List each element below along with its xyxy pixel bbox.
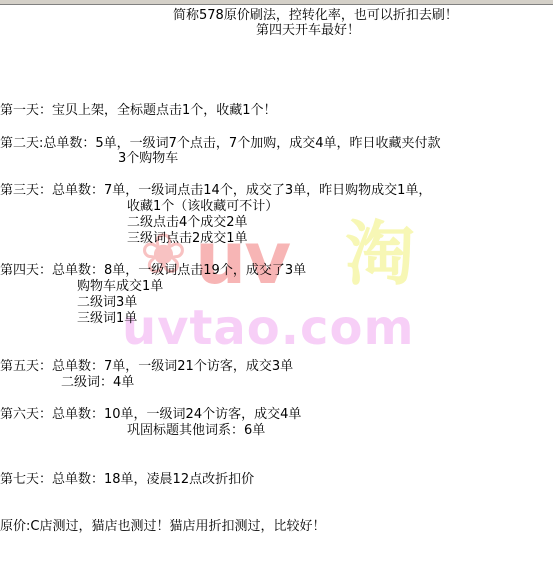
day4-line-1: 第四天：总单数：8单，一级词点击19个，成交了3单: [0, 263, 306, 278]
footer-note: 原价:C店测过，猫店也测过！猫店用折扣测过，比较好！: [0, 519, 325, 534]
watermark-tao: 淘: [345, 218, 415, 290]
day6-line-1: 第六天：总单数：10单，一级词24个访客，成交4单: [0, 407, 301, 422]
day4-line-4: 三级词1单: [77, 311, 137, 326]
day2-line-2: 3个购物车: [118, 151, 178, 166]
day3-line-4: 三级词点击2成交1单: [127, 231, 248, 246]
header-line-2: 第四天开车最好！: [256, 23, 360, 38]
window-top-border: [0, 0, 553, 5]
watermark-domain: uvtao.com: [122, 300, 414, 356]
day6-line-2: 巩固标题其他词系：6单: [127, 423, 265, 438]
header-line-1: 简称578原价刷法，控转化率，也可以折扣去刷！: [173, 8, 458, 23]
day3-line-2: 收藏1个（该收藏可不计）: [127, 199, 278, 214]
day2-line-1: 第二天:总单数：5单，一级词7个点击，7个加购，成交4单，昨日收藏夹付款: [0, 136, 440, 151]
day4-line-3: 二级词3单: [77, 295, 137, 310]
day5-line-2: 二级词：4单: [61, 375, 134, 390]
day3-line-3: 二级点击4个成交2单: [127, 215, 248, 230]
day5-line-1: 第五天：总单数：7单，一级词21个访客，成交3单: [0, 359, 293, 374]
day3-line-1: 第三天：总单数：7单，一级词点击14个，成交了3单，昨日购物成交1单，: [0, 183, 431, 198]
day1-line: 第一天：宝贝上架，全标题点击1个，收藏1个！: [0, 103, 277, 118]
day7-line: 第七天：总单数：18单，凌晨12点改折扣价: [0, 472, 254, 487]
day4-line-2: 购物车成交1单: [77, 279, 163, 294]
